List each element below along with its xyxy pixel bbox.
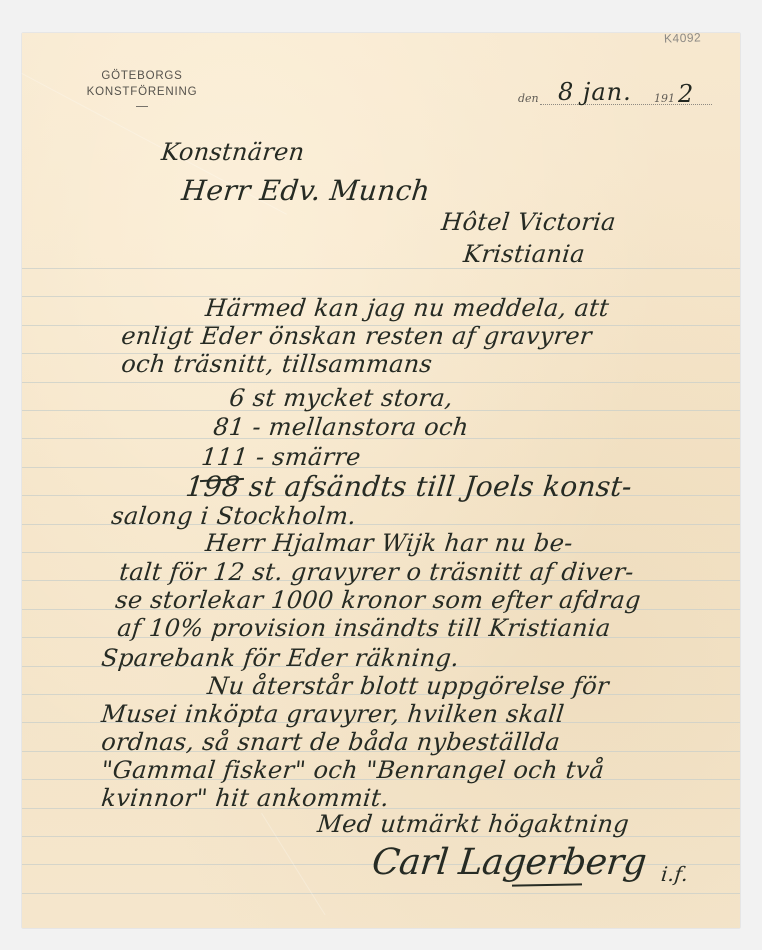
body-line-14: Nu återstår blott uppgörelse för: [206, 672, 610, 700]
body-line-15: Musei inköpta gravyrer, hvilken skall: [100, 700, 566, 728]
ruled-line: [22, 467, 740, 468]
ruled-line: [22, 382, 740, 383]
address-line-1: Konstnären: [160, 138, 306, 166]
date-year-printed: 191: [654, 92, 675, 105]
signature-suffix: i.f.: [660, 862, 690, 886]
letterhead-line-2: KONSTFÖRENING: [62, 84, 222, 100]
body-line-5: 81 - mellanstora och: [212, 413, 470, 441]
body-line-10: talt för 12 st. gravyrer o träsnitt af d…: [118, 558, 635, 586]
date-line: den 8 jan. 191 2: [518, 82, 718, 112]
body-line-7: 198 st afsändts till Joels konst-: [184, 470, 634, 503]
letterhead-divider: [136, 106, 148, 107]
ruled-line: [22, 893, 740, 894]
date-prefix: den: [518, 92, 539, 105]
address-line-3: Hôtel Victoria: [440, 208, 617, 236]
signature: Carl Lagerberg: [370, 842, 648, 883]
body-line-17: "Gammal fisker" och "Benrangel och två: [100, 756, 606, 784]
body-line-9: Herr Hjalmar Wijk har nu be-: [204, 529, 574, 557]
body-line-13: Sparebank för Eder räkning.: [100, 644, 461, 672]
body-line-6: 111 - smärre: [200, 443, 362, 471]
letterhead-line-1: GÖTEBORGS: [62, 68, 222, 84]
body-line-4: 6 st mycket stora,: [228, 384, 454, 412]
body-line-11: se storlekar 1000 kronor som efter afdra…: [114, 586, 642, 614]
address-line-4: Kristiania: [462, 240, 586, 268]
body-line-3: och träsnitt, tillsammans: [120, 350, 434, 378]
closing-phrase: Med utmärkt högaktning: [316, 810, 630, 838]
body-line-1: Härmed kan jag nu meddela, att: [204, 294, 611, 322]
body-line-18: kvinnor" hit ankommit.: [100, 784, 390, 812]
body-line-16: ordnas, så snart de båda nybeställda: [100, 728, 562, 756]
date-year-handwritten: 2: [678, 80, 693, 108]
date-handwritten: 8 jan.: [558, 78, 632, 106]
address-line-2: Herr Edv. Munch: [180, 174, 432, 207]
ruled-line: [22, 268, 740, 269]
letterhead: GÖTEBORGS KONSTFÖRENING: [62, 68, 222, 107]
body-line-2: enligt Eder önskan resten af gravyrer: [120, 322, 593, 350]
body-line-8: salong i Stockholm.: [110, 502, 358, 530]
body-line-12: af 10% provision insändts till Kristiani…: [116, 614, 612, 642]
archive-reference-number: K4092: [664, 30, 702, 45]
